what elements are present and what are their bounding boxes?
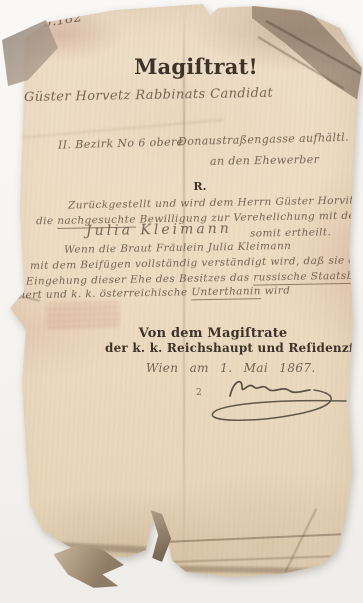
paper-shadow-wrap: p 6.182 Magiſtrat! Güster Horvetz Rabbin… [0,0,363,603]
issuer-printed-line2: der k. k. Reichshaupt und Reſidenzſtadt [105,341,321,355]
address-line2: an den Ehewerber [210,153,320,168]
body-line: Zurückgestellt und wird dem Herrn Güster… [68,194,360,211]
section-mark: R. [170,180,230,193]
issuer-printed-line1: Von dem Magiſtrate [105,326,321,341]
scanned-document: p 6.182 Magiſtrat! Güster Horvetz Rabbin… [0,0,363,603]
body-line: liert und k. k. österreichische Untertha… [18,285,291,302]
faded-ink-stamp [46,301,121,330]
address-line-part1: II. Bezirk No 6 obere [58,135,184,151]
bottom-crease [285,508,317,572]
addressee-line: Güster Horvetz Rabbinats Candidat [24,86,273,105]
document-paper: p 6.182 Magiſtrat! Güster Horvetz Rabbin… [0,0,363,603]
torn-edge-shading [178,566,324,575]
body-line: somit ertheilt. [250,226,331,239]
bottom-crease [172,555,340,563]
body-text: wird [261,285,291,298]
body-text: liert und k. k. österreichische [18,286,191,301]
bride-name: Julia Kleimann [86,221,232,240]
body-line: Eingehung dieser Ehe des Besitzes das ru… [26,268,363,287]
body-line: mit dem Beifügen vollständig verständigt… [30,254,363,272]
document-title: Magiſtrat! [116,54,276,79]
bottom-crease [168,533,344,543]
address-line-part2: Donaustraßengasse aufhältl. [178,131,349,148]
body-text: die [36,215,57,227]
underlined-text: russische Staatsbürgerrecht ver [253,268,363,285]
underlined-text: Unterthanin [191,285,261,300]
body-line: Wenn die Braut Fräulein Julia Kleimann [64,240,292,256]
signature-flourish [198,370,350,432]
